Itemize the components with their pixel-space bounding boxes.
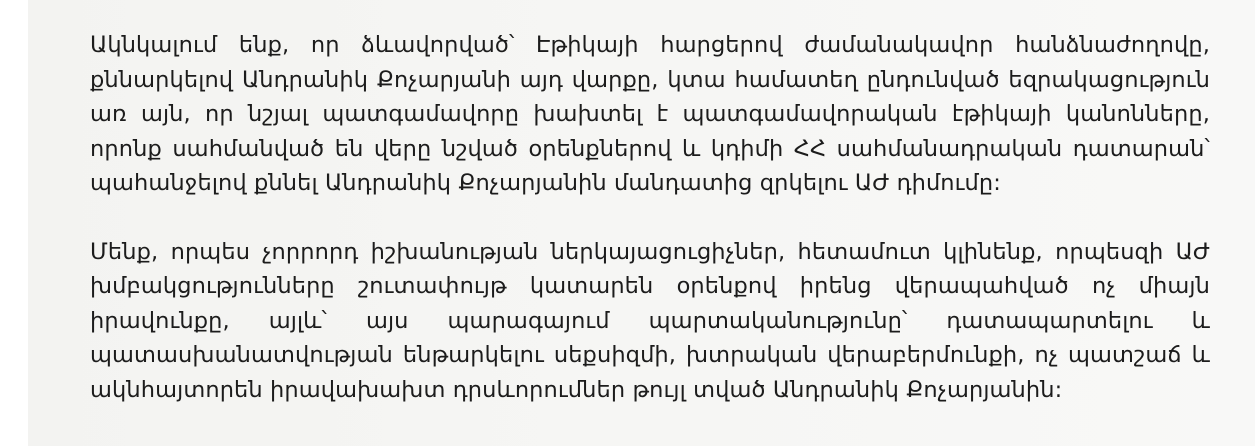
document-page: Ակնկալում ենք, որ ձևավորված՝ Էթիկայի հար…	[28, 0, 1255, 446]
paragraph-expectation: Ակնկալում ենք, որ ձևավորված՝ Էթիկայի հար…	[90, 28, 1210, 201]
document-body: Ակնկալում ենք, որ ձևավորված՝ Էթիկայի հար…	[90, 28, 1210, 407]
paragraph-commitment: Մենք, որպես չորրորդ իշխանության ներկայաց…	[90, 235, 1210, 408]
scan-margin-strip	[0, 0, 28, 446]
